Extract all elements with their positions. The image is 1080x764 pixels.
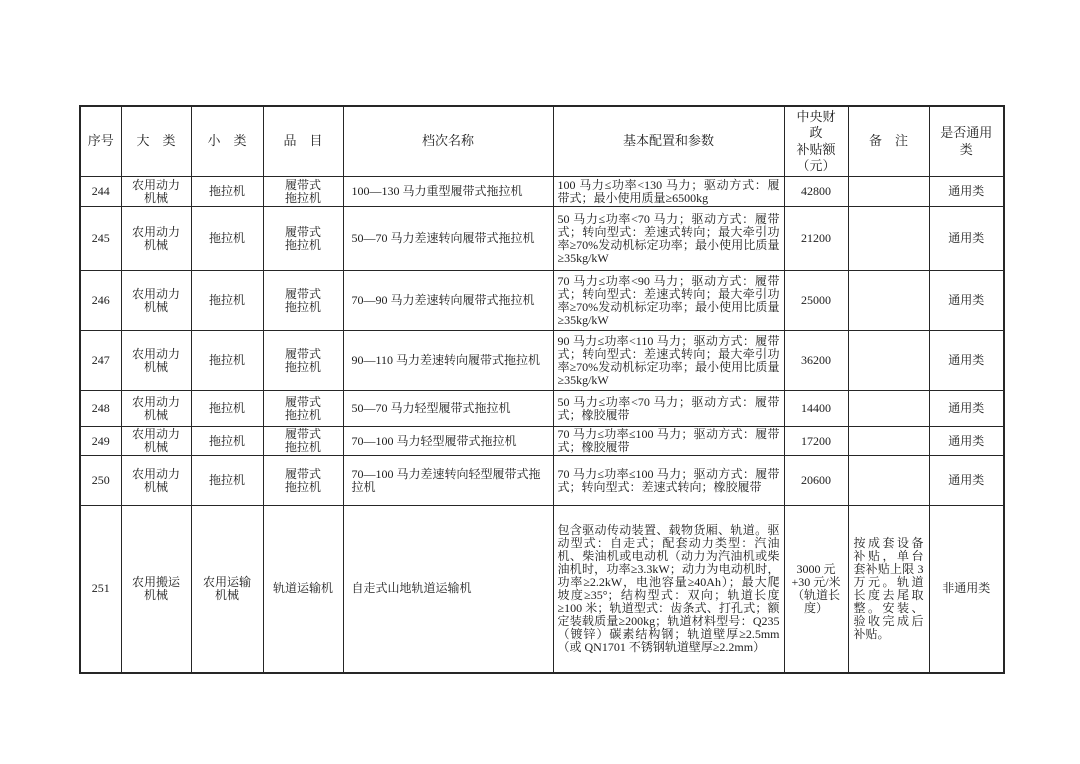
col-header-grade-name: 档次名称 <box>343 106 553 177</box>
table-row: 244 农用动力 机械 拖拉机 履带式 拖拉机 100—130 马力重型履带式拖… <box>80 177 1004 207</box>
cell-major-category: 农用动力 机械 <box>121 391 191 427</box>
table-row: 251 农用搬运 机械 农用运输 机械 轨道运输机 自走式山地轨道运输机 包含驱… <box>80 506 1004 673</box>
cell-major-category: 农用搬运 机械 <box>121 506 191 673</box>
cell-major-category: 农用动力 机械 <box>121 207 191 271</box>
cell-config: 50 马力≤功率<70 马力；驱动方式：履带式；橡胶履带 <box>553 391 784 427</box>
cell-minor-category: 农用运输 机械 <box>191 506 263 673</box>
cell-general-class: 通用类 <box>929 207 1004 271</box>
cell-subsidy-amount: 20600 <box>784 456 848 506</box>
cell-config: 50 马力≤功率<70 马力；驱动方式：履带式；转向型式：差速式转向；最大牵引功… <box>553 207 784 271</box>
cell-item: 履带式 拖拉机 <box>263 427 343 456</box>
cell-remark <box>848 391 929 427</box>
cell-config: 90 马力≤功率<110 马力；驱动方式：履带式；转向型式：差速式转向；最大牵引… <box>553 331 784 391</box>
table-row: 250 农用动力 机械 拖拉机 履带式 拖拉机 70—100 马力差速转向轻型履… <box>80 456 1004 506</box>
cell-no: 247 <box>80 331 121 391</box>
cell-config: 70 马力≤功率≤100 马力；驱动方式：履带式；橡胶履带 <box>553 427 784 456</box>
cell-minor-category: 拖拉机 <box>191 427 263 456</box>
cell-general-class: 通用类 <box>929 331 1004 391</box>
cell-grade-name: 90—110 马力差速转向履带式拖拉机 <box>343 331 553 391</box>
col-header-general-class: 是否通用 类 <box>929 106 1004 177</box>
cell-config: 70 马力≤功率<90 马力；驱动方式：履带式；转向型式：差速式转向；最大牵引功… <box>553 271 784 331</box>
subsidy-table: 序号 大 类 小 类 品 目 档次名称 基本配置和参数 中央财政 补贴额 （元）… <box>79 105 1005 674</box>
cell-major-category: 农用动力 机械 <box>121 271 191 331</box>
cell-item: 轨道运输机 <box>263 506 343 673</box>
cell-no: 251 <box>80 506 121 673</box>
cell-subsidy-amount: 36200 <box>784 331 848 391</box>
cell-remark <box>848 271 929 331</box>
cell-subsidy-amount: 25000 <box>784 271 848 331</box>
cell-item: 履带式 拖拉机 <box>263 456 343 506</box>
cell-remark: 按成套设备补贴，单台套补贴上限 3 万元。轨道长度去尾取整。安装、验收完成后补贴… <box>848 506 929 673</box>
table-header: 序号 大 类 小 类 品 目 档次名称 基本配置和参数 中央财政 补贴额 （元）… <box>80 106 1004 177</box>
col-header-minor-category: 小 类 <box>191 106 263 177</box>
cell-no: 249 <box>80 427 121 456</box>
cell-no: 250 <box>80 456 121 506</box>
cell-grade-name: 自走式山地轨道运输机 <box>343 506 553 673</box>
cell-general-class: 通用类 <box>929 456 1004 506</box>
cell-subsidy-amount: 14400 <box>784 391 848 427</box>
cell-minor-category: 拖拉机 <box>191 456 263 506</box>
cell-subsidy-amount: 3000 元 +30 元/米 （轨道长 度） <box>784 506 848 673</box>
cell-major-category: 农用动力 机械 <box>121 331 191 391</box>
cell-remark <box>848 177 929 207</box>
cell-minor-category: 拖拉机 <box>191 391 263 427</box>
cell-subsidy-amount: 42800 <box>784 177 848 207</box>
cell-remark <box>848 207 929 271</box>
col-header-no: 序号 <box>80 106 121 177</box>
cell-general-class: 通用类 <box>929 271 1004 331</box>
cell-item: 履带式 拖拉机 <box>263 207 343 271</box>
cell-major-category: 农用动力 机械 <box>121 456 191 506</box>
cell-item: 履带式 拖拉机 <box>263 331 343 391</box>
cell-no: 245 <box>80 207 121 271</box>
document-page: 序号 大 类 小 类 品 目 档次名称 基本配置和参数 中央财政 补贴额 （元）… <box>0 0 1080 764</box>
cell-minor-category: 拖拉机 <box>191 207 263 271</box>
cell-minor-category: 拖拉机 <box>191 331 263 391</box>
cell-subsidy-amount: 17200 <box>784 427 848 456</box>
cell-config: 70 马力≤功率≤100 马力；驱动方式：履带式；转向型式：差速式转向；橡胶履带 <box>553 456 784 506</box>
header-row: 序号 大 类 小 类 品 目 档次名称 基本配置和参数 中央财政 补贴额 （元）… <box>80 106 1004 177</box>
col-header-config: 基本配置和参数 <box>553 106 784 177</box>
cell-remark <box>848 456 929 506</box>
cell-config: 100 马力≤功率<130 马力；驱动方式：履带式；最小使用质量≥6500kg <box>553 177 784 207</box>
table-row: 248 农用动力 机械 拖拉机 履带式 拖拉机 50—70 马力轻型履带式拖拉机… <box>80 391 1004 427</box>
col-header-major-category: 大 类 <box>121 106 191 177</box>
cell-grade-name: 50—70 马力差速转向履带式拖拉机 <box>343 207 553 271</box>
table-row: 247 农用动力 机械 拖拉机 履带式 拖拉机 90—110 马力差速转向履带式… <box>80 331 1004 391</box>
table-body: 244 农用动力 机械 拖拉机 履带式 拖拉机 100—130 马力重型履带式拖… <box>80 177 1004 673</box>
cell-general-class: 通用类 <box>929 427 1004 456</box>
cell-major-category: 农用动力 机械 <box>121 177 191 207</box>
cell-general-class: 通用类 <box>929 391 1004 427</box>
cell-remark <box>848 427 929 456</box>
cell-no: 244 <box>80 177 121 207</box>
table-row: 246 农用动力 机械 拖拉机 履带式 拖拉机 70—90 马力差速转向履带式拖… <box>80 271 1004 331</box>
cell-grade-name: 70—90 马力差速转向履带式拖拉机 <box>343 271 553 331</box>
cell-item: 履带式 拖拉机 <box>263 391 343 427</box>
cell-item: 履带式 拖拉机 <box>263 271 343 331</box>
col-header-item: 品 目 <box>263 106 343 177</box>
cell-config: 包含驱动传动装置、载物货厢、轨道。驱动型式：自走式；配套动力类型：汽油机、柴油机… <box>553 506 784 673</box>
cell-minor-category: 拖拉机 <box>191 271 263 331</box>
cell-item: 履带式 拖拉机 <box>263 177 343 207</box>
table-row: 249 农用动力 机械 拖拉机 履带式 拖拉机 70—100 马力轻型履带式拖拉… <box>80 427 1004 456</box>
cell-grade-name: 70—100 马力差速转向轻型履带式拖拉机 <box>343 456 553 506</box>
cell-grade-name: 50—70 马力轻型履带式拖拉机 <box>343 391 553 427</box>
cell-no: 248 <box>80 391 121 427</box>
cell-grade-name: 100—130 马力重型履带式拖拉机 <box>343 177 553 207</box>
cell-remark <box>848 331 929 391</box>
cell-major-category: 农用动力 机械 <box>121 427 191 456</box>
table-row: 245 农用动力 机械 拖拉机 履带式 拖拉机 50—70 马力差速转向履带式拖… <box>80 207 1004 271</box>
cell-no: 246 <box>80 271 121 331</box>
cell-general-class: 非通用类 <box>929 506 1004 673</box>
col-header-subsidy-amount: 中央财政 补贴额 （元） <box>784 106 848 177</box>
cell-subsidy-amount: 21200 <box>784 207 848 271</box>
cell-minor-category: 拖拉机 <box>191 177 263 207</box>
cell-grade-name: 70—100 马力轻型履带式拖拉机 <box>343 427 553 456</box>
col-header-remark: 备 注 <box>848 106 929 177</box>
cell-general-class: 通用类 <box>929 177 1004 207</box>
